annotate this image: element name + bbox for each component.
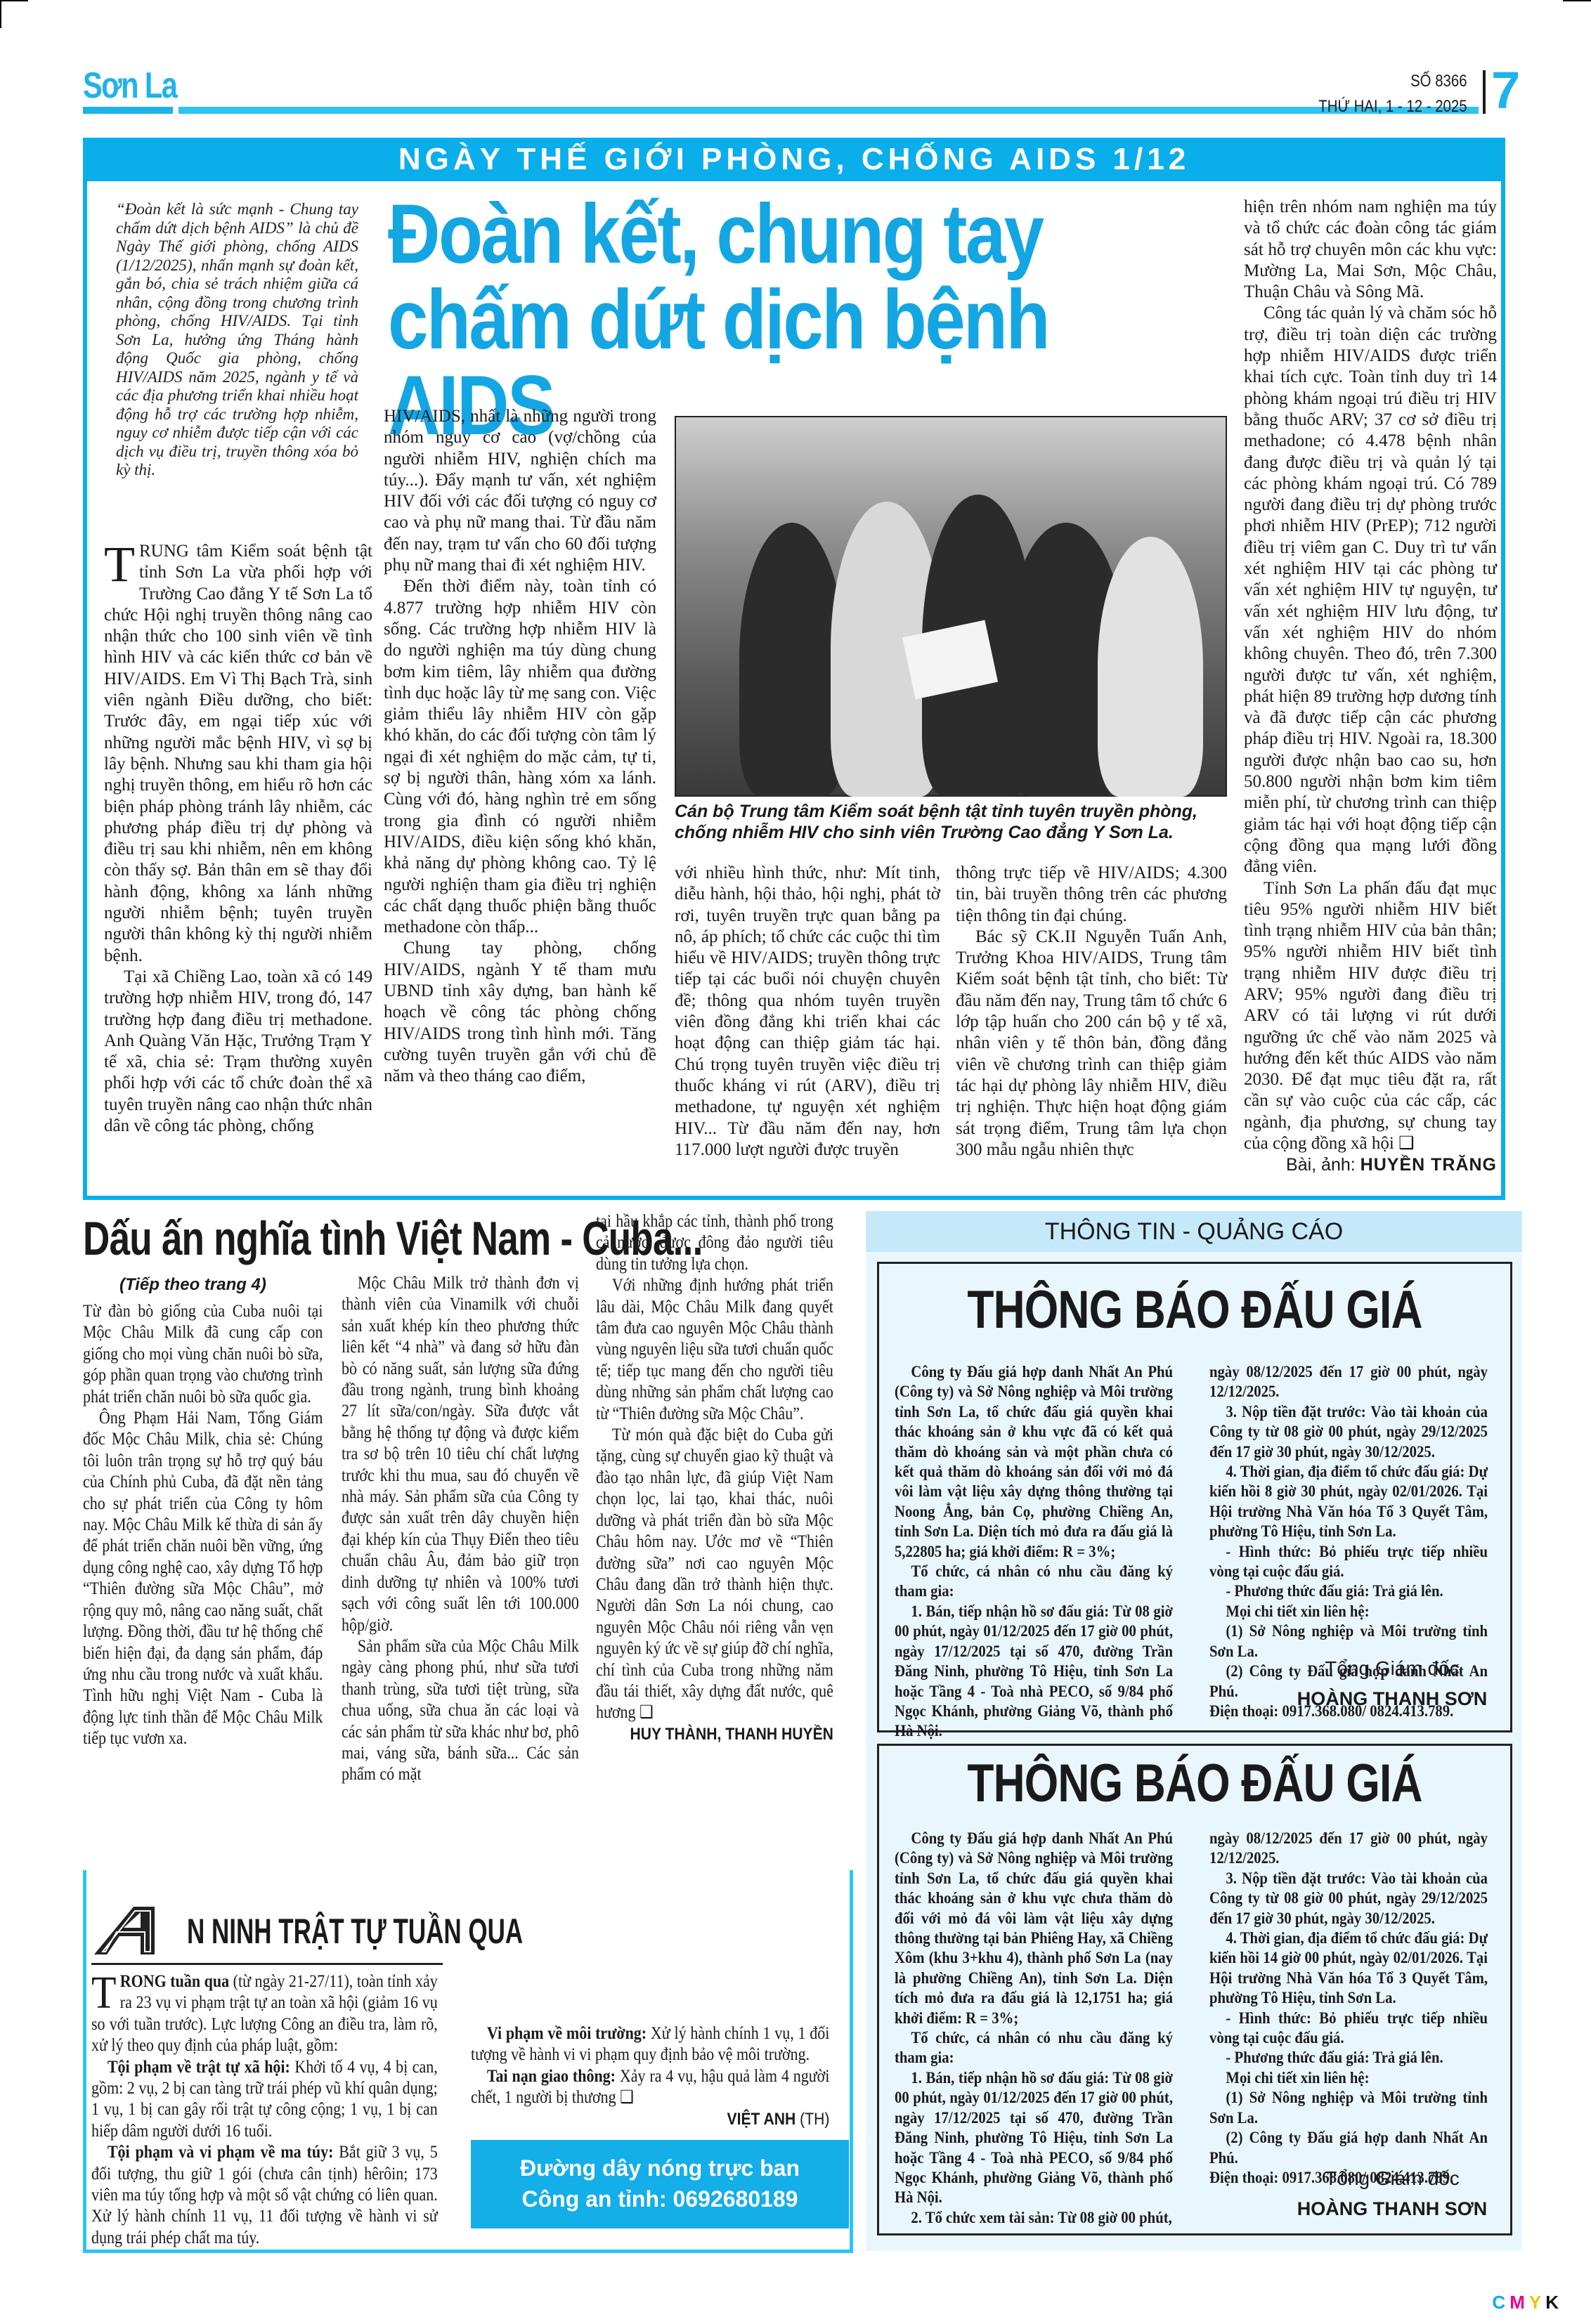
byline-author: VIỆT ANH	[727, 2110, 796, 2129]
notice-paragraph: Mọi chi tiết xin liên hệ:	[1209, 1602, 1488, 1621]
paragraph: Ông Phạm Hải Nam, Tổng Giám đốc Mộc Châu…	[83, 1408, 323, 1750]
continued-from: (Tiếp theo trang 4)	[119, 1275, 266, 1295]
subhead: Vi phạm về môi trường:	[487, 2024, 647, 2043]
crop-mark-top-left-v	[0, 0, 1, 28]
article-column-2: HIV/AIDS, nhất là những người trong nhóm…	[384, 406, 656, 1088]
notice-left-column: Công ty Đấu giá hợp danh Nhất An Phú (Cô…	[895, 1829, 1173, 2228]
article-lead: “Đoàn kết là sức mạnh - Chung tay chấm d…	[116, 200, 358, 480]
byline-author: HUYỀN TRĂNG	[1361, 1155, 1497, 1175]
notice-paragraph: 3. Nộp tiền đặt trước: Vào tài khoản của…	[1209, 1869, 1488, 1928]
notice-paragraph: Mọi chi tiết xin liên hệ:	[1209, 2068, 1488, 2088]
paragraph: Sản phẩm sữa của Mộc Châu Milk ngày càng…	[342, 1636, 579, 1786]
lead-bold: RONG tuần qua	[120, 1972, 229, 1991]
page-number: 7	[1491, 60, 1520, 120]
headline-line-1: Đoàn kết, chung tay	[388, 191, 1107, 277]
notice-paragraph: - Hình thức: Bỏ phiếu trực tiếp nhiều vò…	[1209, 2009, 1488, 2049]
security-byline: VIỆT ANH (TH)	[471, 2109, 829, 2130]
subhead: Tai nạn giao thông:	[487, 2067, 616, 2086]
paragraph: Từ đàn bò giống của Cuba nuôi tại Mộc Ch…	[83, 1301, 323, 1408]
print-color-marks: CMYK	[1492, 2292, 1563, 2313]
notice-paragraph: 1. Bán, tiếp nhận hồ sơ đấu giá: Từ 08 g…	[895, 1602, 1173, 1742]
paragraph: RUNG tâm Kiểm soát bệnh tật tỉnh Sơn La …	[104, 542, 372, 965]
notice-right-column: ngày 08/12/2025 đến 17 giờ 00 phút, ngày…	[1209, 1829, 1488, 2188]
paragraph: Tỉnh Sơn La phấn đấu đạt mục tiêu 95% ng…	[1244, 878, 1497, 1155]
paragraph: tại hầu khắp các tỉnh, thành phố trong c…	[596, 1211, 833, 1275]
article-column-4: thông trực tiếp về HIV/AIDS; 4.300 tin, …	[956, 863, 1227, 1161]
byline: Bài, ảnh: HUYỀN TRĂNG	[1244, 1154, 1497, 1175]
crop-mark-top-right	[1563, 0, 1591, 1]
notice-paragraph: Tổ chức, cá nhân có nhu cầu đăng ký tham…	[895, 2028, 1173, 2068]
paragraph: Chung tay phòng, chống HIV/AIDS, ngành Y…	[384, 938, 656, 1087]
notice-paragraph: (1) Sở Nông nghiệp và Môi trường tỉnh Sơ…	[1209, 1621, 1488, 1662]
paragraph: thông trực tiếp về HIV/AIDS; 4.300 tin, …	[956, 863, 1227, 927]
notice-paragraph: (1) Sở Nông nghiệp và Môi trường tỉnh Sơ…	[1209, 2088, 1488, 2128]
paragraph: Tại xã Chiềng Lao, toàn xã có 149 trường…	[104, 967, 372, 1137]
topic-banner: NGÀY THẾ GIỚI PHÒNG, CHỐNG AIDS 1/12	[83, 138, 1505, 181]
masthead-rule-short	[83, 107, 173, 114]
paragraph: hiện trên nhóm nam nghiện ma túy và tổ c…	[1244, 197, 1497, 303]
issue-number: SỐ 8366	[1319, 69, 1467, 94]
hotline-label: Đường dây nóng trực ban	[471, 2153, 849, 2183]
section-name: Sơn La	[83, 65, 176, 107]
an-ninh-logo-icon	[91, 1905, 190, 1956]
notice-paragraph: ngày 08/12/2025 đến 17 giờ 00 phút, ngày…	[1209, 1829, 1488, 1869]
signer-name: HOÀNG THANH SƠN	[1273, 2198, 1512, 2220]
signer-name: HOÀNG THANH SƠN	[1273, 1688, 1512, 1710]
issue-info: SỐ 8366 THỨ HAI, 1 - 12 - 2025	[1319, 69, 1467, 119]
notice-paragraph: Tổ chức, cá nhân có nhu cầu đăng ký tham…	[895, 1562, 1173, 1602]
notice-signature: Tổng Giám đốc HOÀNG THANH SƠN	[1273, 1657, 1512, 1710]
drop-cap: T	[91, 1971, 120, 2012]
notice-paragraph: 1. Bán, tiếp nhận hồ sơ đấu giá: Từ 08 g…	[895, 2068, 1173, 2208]
page-number-divider	[1483, 70, 1486, 114]
article-column-3: với nhiều hình thức, như: Mít tinh, diễu…	[675, 863, 940, 1161]
cuba-column-3: tại hầu khắp các tỉnh, thành phố trong c…	[596, 1211, 833, 1745]
auction-notice-2: THÔNG BÁO ĐẤU GIÁ Công ty Đấu giá hợp da…	[877, 1744, 1512, 2235]
signer-title: Tổng Giám đốc	[1273, 2167, 1512, 2190]
subhead: Tội phạm về trật tự xã hội:	[108, 2058, 290, 2077]
photo-caption: Cán bộ Trung tâm Kiểm soát bệnh tật tỉnh…	[675, 801, 1230, 843]
paragraph: Từ món quà đặc biệt do Cuba gửi tặng, cù…	[596, 1425, 833, 1724]
drop-cap: T	[104, 541, 139, 585]
security-title-rule	[91, 1963, 443, 1965]
notice-paragraph: - Phương thức đấu giá: Trả giá lên.	[1209, 1581, 1488, 1601]
byline-prefix: Bài, ảnh:	[1286, 1155, 1356, 1175]
notice-paragraph: - Hình thức: Bỏ phiếu trực tiếp nhiều vò…	[1209, 1542, 1488, 1582]
hotline-number[interactable]: Công an tỉnh: 0692680189	[471, 2183, 849, 2214]
notice-left-column: Công ty Đấu giá hợp danh Nhất An Phú (Cô…	[895, 1362, 1173, 1761]
article-photo	[675, 416, 1227, 797]
article-column-5: hiện trên nhóm nam nghiện ma túy và tổ c…	[1244, 197, 1497, 1176]
crop-mark-top-left	[0, 0, 28, 1]
notice-paragraph: Công ty Đấu giá hợp danh Nhất An Phú (Cô…	[895, 1829, 1173, 2028]
paragraph: với nhiều hình thức, như: Mít tinh, diễu…	[675, 863, 940, 1161]
notice-paragraph: - Phương thức đấu giá: Trả giá lên.	[1209, 2048, 1488, 2068]
masthead-rule-long	[178, 107, 1479, 114]
article-column-1: TRUNG tâm Kiểm soát bệnh tật tỉnh Sơn La…	[104, 541, 372, 1137]
notice-paragraph: 2. Tổ chức xem tài sản: Từ 08 giờ 00 phú…	[895, 2208, 1173, 2228]
paragraph: Với những định hướng phát triển lâu dài,…	[596, 1275, 833, 1425]
notice-signature: Tổng Giám đốc HOÀNG THANH SƠN	[1273, 2167, 1512, 2220]
notice-paragraph: 4. Thời gian, địa điểm tổ chức đấu giá: …	[1209, 1928, 1488, 2009]
cuba-column-2: Mộc Châu Milk trở thành đơn vị thành viê…	[342, 1273, 579, 1786]
security-title: N NINH TRẬT TỰ TUẦN QUA	[187, 1911, 523, 1952]
paragraph: Bác sỹ CK.II Nguyễn Tuấn Anh, Trưởng Kho…	[956, 927, 1227, 1161]
ads-section-title: THÔNG TIN - QUẢNG CÁO	[866, 1211, 1522, 1252]
security-column-2: Vi phạm về môi trường: Xử lý hành chính …	[471, 2023, 829, 2130]
paragraph: Công tác quản lý và chăm sóc hỗ trợ, điề…	[1244, 303, 1497, 877]
notice-paragraph: 3. Nộp tiền đặt trước: Vào tài khoản của…	[1209, 1402, 1488, 1462]
byline-suffix: (TH)	[795, 2110, 829, 2129]
notice-paragraph: 4. Thời gian, địa điểm tổ chức đấu giá: …	[1209, 1462, 1488, 1542]
notice-title: THÔNG BÁO ĐẤU GIÁ	[936, 1279, 1453, 1340]
paragraph: HIV/AIDS, nhất là những người trong nhóm…	[384, 406, 656, 576]
subhead: Tội phạm và vi phạm về ma túy:	[108, 2143, 334, 2162]
issue-date: THỨ HAI, 1 - 12 - 2025	[1319, 94, 1467, 119]
notice-paragraph: Công ty Đấu giá hợp danh Nhất An Phú (Cô…	[895, 1362, 1173, 1562]
cuba-byline: HUY THÀNH, THANH HUYỀN	[596, 1724, 833, 1745]
auction-notice-1: THÔNG BÁO ĐẤU GIÁ Công ty Đấu giá hợp da…	[877, 1262, 1512, 1732]
security-column-1: TRONG tuần qua (từ ngày 21-27/11), toàn …	[91, 1971, 438, 2249]
paragraph: Mộc Châu Milk trở thành đơn vị thành viê…	[342, 1273, 579, 1636]
notice-paragraph: ngày 08/12/2025 đến 17 giờ 00 phút, ngày…	[1209, 1362, 1488, 1402]
paragraph: Đến thời điểm này, toàn tỉnh có 4.877 tr…	[384, 576, 656, 938]
notice-title: THÔNG BÁO ĐẤU GIÁ	[936, 1753, 1453, 1814]
hotline-box: Đường dây nóng trực ban Công an tỉnh: 06…	[471, 2140, 849, 2228]
cuba-column-1: Từ đàn bò giống của Cuba nuôi tại Mộc Ch…	[83, 1301, 323, 1750]
notice-paragraph: (2) Công ty Đấu giá hợp danh Nhất An Phú…	[1209, 2128, 1488, 2168]
signer-title: Tổng Giám đốc	[1273, 1657, 1512, 1680]
